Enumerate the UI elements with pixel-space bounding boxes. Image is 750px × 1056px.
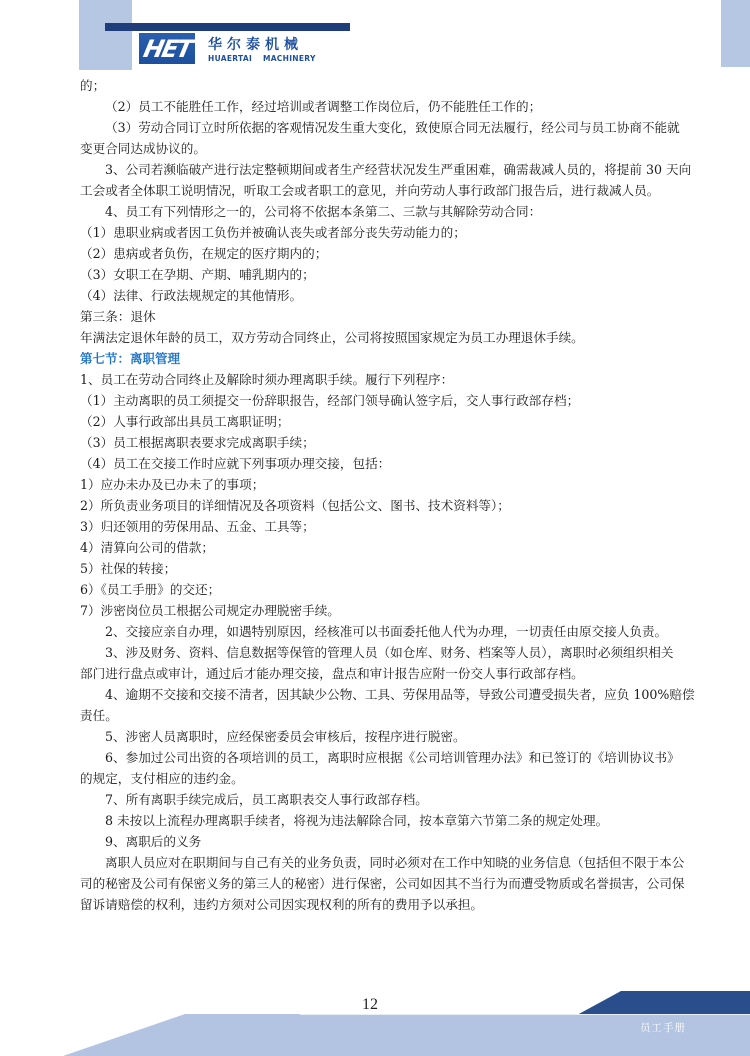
text-line: 3、公司若濒临破产进行法定整顿期间或者生产经营状况发生严重困难，确需裁减人员的，… (80, 159, 670, 180)
text-line: 1）应办未办及已办未了的事项； (80, 474, 670, 495)
header-decor-bar (105, 23, 350, 31)
text-line: （4）员工在交接工作时应就下列事项办理交接，包括： (80, 453, 670, 474)
document-body: 的；（2）员工不能胜任工作，经过培训或者调整工作岗位后，仍不能胜任工作的；（3）… (80, 75, 670, 915)
footer-document-title: 员工手册 (640, 1020, 686, 1035)
text-line: 5）社保的转接； (80, 558, 670, 579)
text-line: 7、所有离职手续完成后，员工离职表交人事行政部存档。 (80, 789, 670, 810)
text-line: （1）主动离职的员工须提交一份辞职报告，经部门领导确认签字后，交人事行政部存档； (80, 390, 670, 411)
text-line: 年满法定退休年龄的员工，双方劳动合同终止，公司将按照国家规定为员工办理退休手续。 (80, 327, 670, 348)
text-line: 责任。 (80, 705, 670, 726)
text-line: 2、交接应亲自办理，如遇特别原因，经核准可以书面委托他人代为办理，一切责任由原交… (80, 621, 670, 642)
text-line: （3）女职工在孕期、产期、哺乳期内的； (80, 264, 670, 285)
text-line: 5、涉密人员离职时，应经保密委员会审核后，按程序进行脱密。 (80, 726, 670, 747)
text-line: 离职人员应对在职期间与自己有关的业务负责，同时必须对在工作中知晓的业务信息（包括… (80, 852, 670, 873)
text-line: 3）归还领用的劳保用品、五金、工具等； (80, 516, 670, 537)
company-name-en: HUAERTAI MACHINERY (208, 54, 316, 63)
page-number: 12 (362, 996, 378, 1014)
text-line: 4）清算向公司的借款； (80, 537, 670, 558)
text-line: 6、参加过公司出资的各项培训的员工，离职时应根据《公司培训管理办法》和已签订的《… (80, 747, 670, 768)
footer-accent (577, 991, 750, 1015)
text-line: 7）涉密岗位员工根据公司规定办理脱密手续。 (80, 600, 670, 621)
header-decor-left-block (79, 0, 132, 70)
text-line: （2）员工不能胜任工作，经过培训或者调整工作岗位后，仍不能胜任工作的； (80, 96, 670, 117)
text-line: 1、员工在劳动合同终止及解除时须办理离职手续。履行下列程序： (80, 369, 670, 390)
text-line: 部门进行盘点或审计，通过后才能办理交接，盘点和审计报告应附一份交人事行政部存档。 (80, 663, 670, 684)
text-line: 3、涉及财务、资料、信息数据等保管的管理人员（如仓库、财务、档案等人员），离职时… (80, 642, 670, 663)
footer-band (0, 1014, 750, 1056)
text-line: 8 未按以上流程办理离职手续者，将视为违法解除合同，按本章第六节第二条的规定处理… (80, 810, 670, 831)
text-line: 的规定，支付相应的违约金。 (80, 768, 670, 789)
text-line: 6）《员工手册》的交还； (80, 579, 670, 600)
text-line: 留诉请赔偿的权利，违约方须对公司因实现权利的所有的费用予以承担。 (80, 894, 670, 915)
text-line: （3）劳动合同订立时所依据的客观情况发生重大变化，致使原合同无法履行，经公司与员… (80, 117, 670, 138)
text-line: 2）所负责业务项目的详细情况及各项资料（包括公文、图书、技术资料等）； (80, 495, 670, 516)
text-line: 4、员工有下列情形之一的，公司将不依据本条第二、三款与其解除劳动合同： (80, 201, 670, 222)
logo-mark: HET (141, 35, 194, 63)
text-line: 第三条：退休 (80, 306, 670, 327)
text-line: 4、逾期不交接和交接不清者，因其缺少公物、工具、劳保用品等，导致公司遭受损失者，… (80, 684, 670, 705)
text-line: 的； (80, 75, 670, 96)
header-decor-right-strip (721, 0, 750, 67)
text-line: 9、离职后的义务 (80, 831, 670, 852)
text-line: （1）患职业病或者因工负伤并被确认丧失或者部分丧失劳动能力的； (80, 222, 670, 243)
text-line: 变更合同达成协议的。 (80, 138, 670, 159)
text-line: （2）患病或者负伤，在规定的医疗期内的； (80, 243, 670, 264)
section-heading: 第七节：离职管理 (80, 348, 670, 369)
text-line: 工会或者全体职工说明情况，听取工会或者职工的意见，并向劳动人事行政部门报告后，进… (80, 180, 670, 201)
text-line: （2）人事行政部出具员工离职证明； (80, 411, 670, 432)
company-logo: HET (139, 33, 195, 64)
text-line: 司的秘密及公司有保密义务的第三人的秘密）进行保密，公司如因其不当行为而遭受物质或… (80, 873, 670, 894)
company-name-cn: 华尔泰机械 (208, 34, 303, 54)
footer-divider (300, 1014, 750, 1015)
text-line: （3）员工根据离职表要求完成离职手续； (80, 432, 670, 453)
text-line: （4）法律、行政法规规定的其他情形。 (80, 285, 670, 306)
